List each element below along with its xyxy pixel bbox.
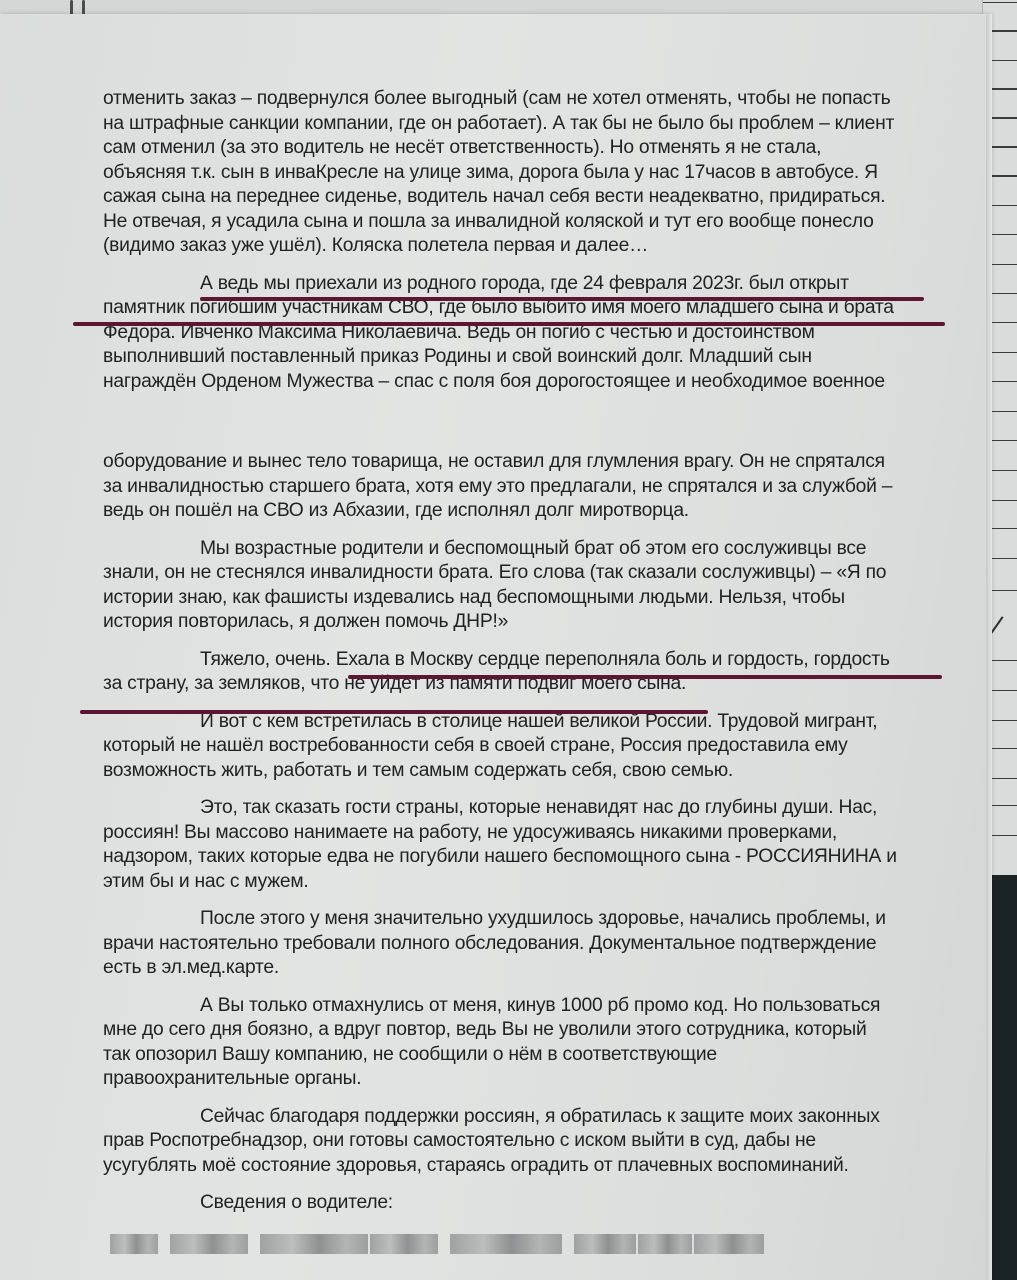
handwritten-underline bbox=[200, 297, 924, 301]
text-line: Сейчас благодаря поддержки россиян, я об… bbox=[103, 1105, 958, 1130]
text-line: (видимо заказ уже ушёл). Коляска полетел… bbox=[103, 234, 958, 259]
text-line: россиян! Вы массово нанимаете на работу,… bbox=[103, 821, 958, 846]
text-line: Сведения о водителе: bbox=[103, 1191, 958, 1216]
text-line: врачи настоятельно требовали полного обс… bbox=[103, 932, 958, 957]
redacted-driver-info bbox=[110, 1232, 764, 1256]
text-line: возможность жить, работать и тем самым с… bbox=[103, 759, 958, 784]
paragraph: А Вы только отмахнулись от меня, кинув 1… bbox=[103, 994, 958, 1092]
text-line: на штрафные санкции компании, где он раб… bbox=[103, 112, 958, 137]
binder-clip-wire bbox=[82, 0, 85, 15]
text-line: ведь он пошёл на СВО из Абхазии, где исп… bbox=[103, 499, 958, 524]
text-line: усугублять моё состояние здоровья, стара… bbox=[103, 1154, 958, 1179]
text-line: Это, так сказать гости страны, которые н… bbox=[103, 796, 958, 821]
text-line: После этого у меня значительно ухудшилос… bbox=[103, 907, 958, 932]
text-line: этим бы и нас с мужем. bbox=[103, 870, 958, 895]
text-line: надзором, таких которые едва не погубили… bbox=[103, 845, 958, 870]
text-line: история повторилась, я должен помочь ДНР… bbox=[103, 610, 958, 635]
pen-mark bbox=[990, 616, 1003, 634]
handwritten-underline bbox=[80, 710, 708, 714]
text-line: так опозорил Вашу компанию, не сообщили … bbox=[103, 1043, 958, 1068]
text-line: А ведь мы приехали из родного города, гд… bbox=[103, 272, 958, 297]
text-line: за инвалидностью старшего брата, хотя ем… bbox=[103, 475, 958, 500]
paragraph: Сейчас благодаря поддержки россиян, я об… bbox=[103, 1105, 958, 1179]
text-line: А Вы только отмахнулись от меня, кинув 1… bbox=[103, 994, 958, 1019]
text-line: прав Роспотребнадзор, они готовы самосто… bbox=[103, 1129, 958, 1154]
text-line: объясняя т.к. сын в инваКресле на улице … bbox=[103, 161, 958, 186]
text-line: Не отвечая, я усадила сына и пошла за ин… bbox=[103, 210, 958, 235]
paragraph: А ведь мы приехали из родного города, гд… bbox=[103, 272, 958, 395]
paragraph: После этого у меня значительно ухудшилос… bbox=[103, 907, 958, 981]
text-line: Тяжело, очень. Ехала в Москву сердце пер… bbox=[103, 648, 958, 673]
page-edge bbox=[986, 14, 992, 1280]
document-body-top: отменить заказ – подвернулся более выгод… bbox=[103, 87, 958, 407]
text-line: есть в эл.мед.карте. bbox=[103, 956, 958, 981]
text-line: который не нашёл востребованности себя в… bbox=[103, 734, 958, 759]
document-body-bottom: оборудование и вынес тело товарища, не о… bbox=[103, 450, 958, 1229]
text-line: мне до сего дня боязно, а вдруг повтор, … bbox=[103, 1018, 958, 1043]
text-line: правоохранительные органы. bbox=[103, 1067, 958, 1092]
binder-clip-wire bbox=[70, 0, 73, 15]
paragraph: Тяжело, очень. Ехала в Москву сердце пер… bbox=[103, 648, 958, 697]
paragraph: Сведения о водителе: bbox=[103, 1191, 958, 1216]
paragraph: оборудование и вынес тело товарища, не о… bbox=[103, 450, 958, 524]
text-line: выполнивший поставленный приказ Родины и… bbox=[103, 345, 958, 370]
text-line: сам отменил (за это водитель не несёт от… bbox=[103, 136, 958, 161]
text-line: знали, он не стеснялся инвалидности брат… bbox=[103, 561, 958, 586]
handwritten-underline bbox=[73, 322, 945, 326]
text-line: сажая сына на переднее сиденье, водитель… bbox=[103, 185, 958, 210]
notebook-rule bbox=[983, 2, 1017, 3]
paragraph: Мы возрастные родители и беспомощный бра… bbox=[103, 537, 958, 635]
paragraph: И вот с кем встретилась в столице нашей … bbox=[103, 710, 958, 784]
text-line: оборудование и вынес тело товарища, не о… bbox=[103, 450, 958, 475]
handwritten-underline bbox=[348, 675, 942, 679]
text-line: Мы возрастные родители и беспомощный бра… bbox=[103, 537, 958, 562]
text-line: награждён Орденом Мужества – спас с поля… bbox=[103, 370, 958, 395]
text-line: истории знаю, как фашисты издевались над… bbox=[103, 586, 958, 611]
paragraph: отменить заказ – подвернулся более выгод… bbox=[103, 87, 958, 259]
paragraph: Это, так сказать гости страны, которые н… bbox=[103, 796, 958, 894]
text-line: отменить заказ – подвернулся более выгод… bbox=[103, 87, 958, 112]
